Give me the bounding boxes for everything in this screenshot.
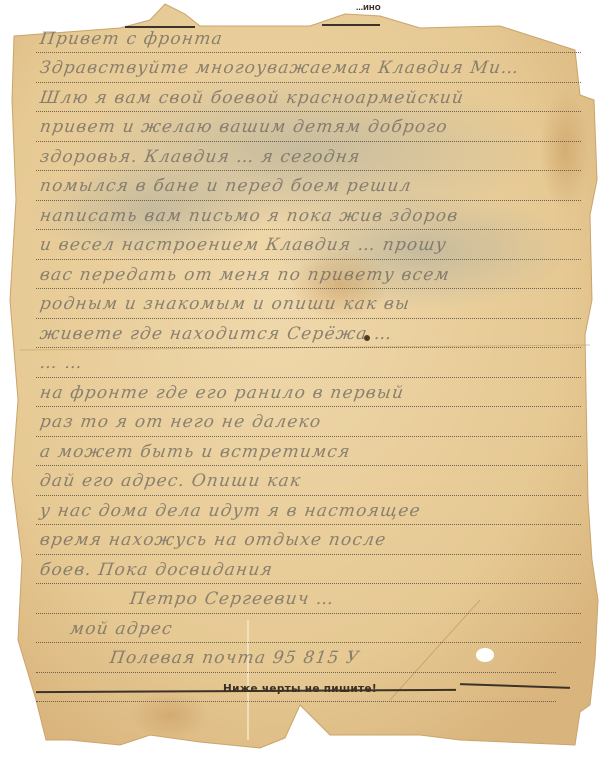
letter-paper: …ИНО Привет с фронтаЗдравствуйте многоув… xyxy=(0,0,600,757)
handwritten-line: на фронте где его ранило в первый xyxy=(39,383,406,403)
handwritten-line: раз то я от него не далеко xyxy=(39,412,323,432)
handwritten-line: родным и знакомым и опиши как вы xyxy=(39,294,412,314)
ruled-line xyxy=(36,111,581,112)
handwritten-line: у нас дома дела идут я в настоящее xyxy=(39,501,423,521)
handwritten-line: Привет с фронта xyxy=(39,29,225,49)
ruled-line xyxy=(36,554,581,555)
ruled-line xyxy=(36,288,581,289)
ruled-line xyxy=(36,613,581,614)
handwritten-line: привет и желаю вашим детям доброго xyxy=(39,117,450,137)
ruled-line xyxy=(36,141,581,142)
handwritten-line: помылся в бане и перед боем решил xyxy=(39,176,413,196)
ruled-line xyxy=(36,82,581,83)
ruled-line xyxy=(36,701,556,702)
ruled-line xyxy=(36,495,581,496)
handwritten-line: и весел настроением Клавдия … прошу xyxy=(39,235,449,255)
handwritten-line: живете где находится Серёжа … xyxy=(39,324,394,344)
ruled-line xyxy=(36,318,581,319)
ruled-line xyxy=(36,259,581,260)
ruled-line xyxy=(36,583,581,584)
ruled-line xyxy=(36,170,581,171)
handwritten-line: время нахожусь на отдыхе после xyxy=(39,530,388,550)
handwritten-line: дай его адрес. Опиши как xyxy=(39,471,303,491)
handwritten-line: Шлю я вам свой боевой красноармейский xyxy=(39,88,466,108)
handwritten-line: Полевая почта 95 815 У xyxy=(109,648,361,668)
handwritten-line: вас передать от меня по привету всем xyxy=(39,265,452,285)
ruled-line xyxy=(36,465,581,466)
handwritten-line: здоровья. Клавдия … я сегодня xyxy=(39,147,362,167)
handwritten-line: Петро Сергеевич … xyxy=(129,589,336,609)
ruled-lines: Привет с фронтаЗдравствуйте многоуважаем… xyxy=(0,0,600,757)
handwritten-line: … … xyxy=(39,353,85,373)
ruled-line xyxy=(36,200,581,201)
ruled-line xyxy=(36,672,556,673)
handwritten-line: а может быть и встретимся xyxy=(39,442,352,462)
handwritten-line: Здравствуйте многоуважаемая Клавдия Ми… xyxy=(39,58,521,78)
footer-printed-note: Ниже черты не пишите! xyxy=(0,683,600,695)
ruled-line xyxy=(36,377,581,378)
ruled-line xyxy=(36,52,581,53)
ruled-line xyxy=(36,406,581,407)
ruled-line xyxy=(36,347,581,348)
handwritten-line: боев. Пока досвидания xyxy=(39,560,275,580)
ruled-line xyxy=(36,642,581,643)
handwritten-line: мой адрес xyxy=(69,619,175,639)
handwritten-line: написать вам письмо я пока жив здоров xyxy=(39,206,460,226)
ruled-line xyxy=(36,524,581,525)
ruled-line xyxy=(36,229,581,230)
ruled-line xyxy=(36,436,581,437)
